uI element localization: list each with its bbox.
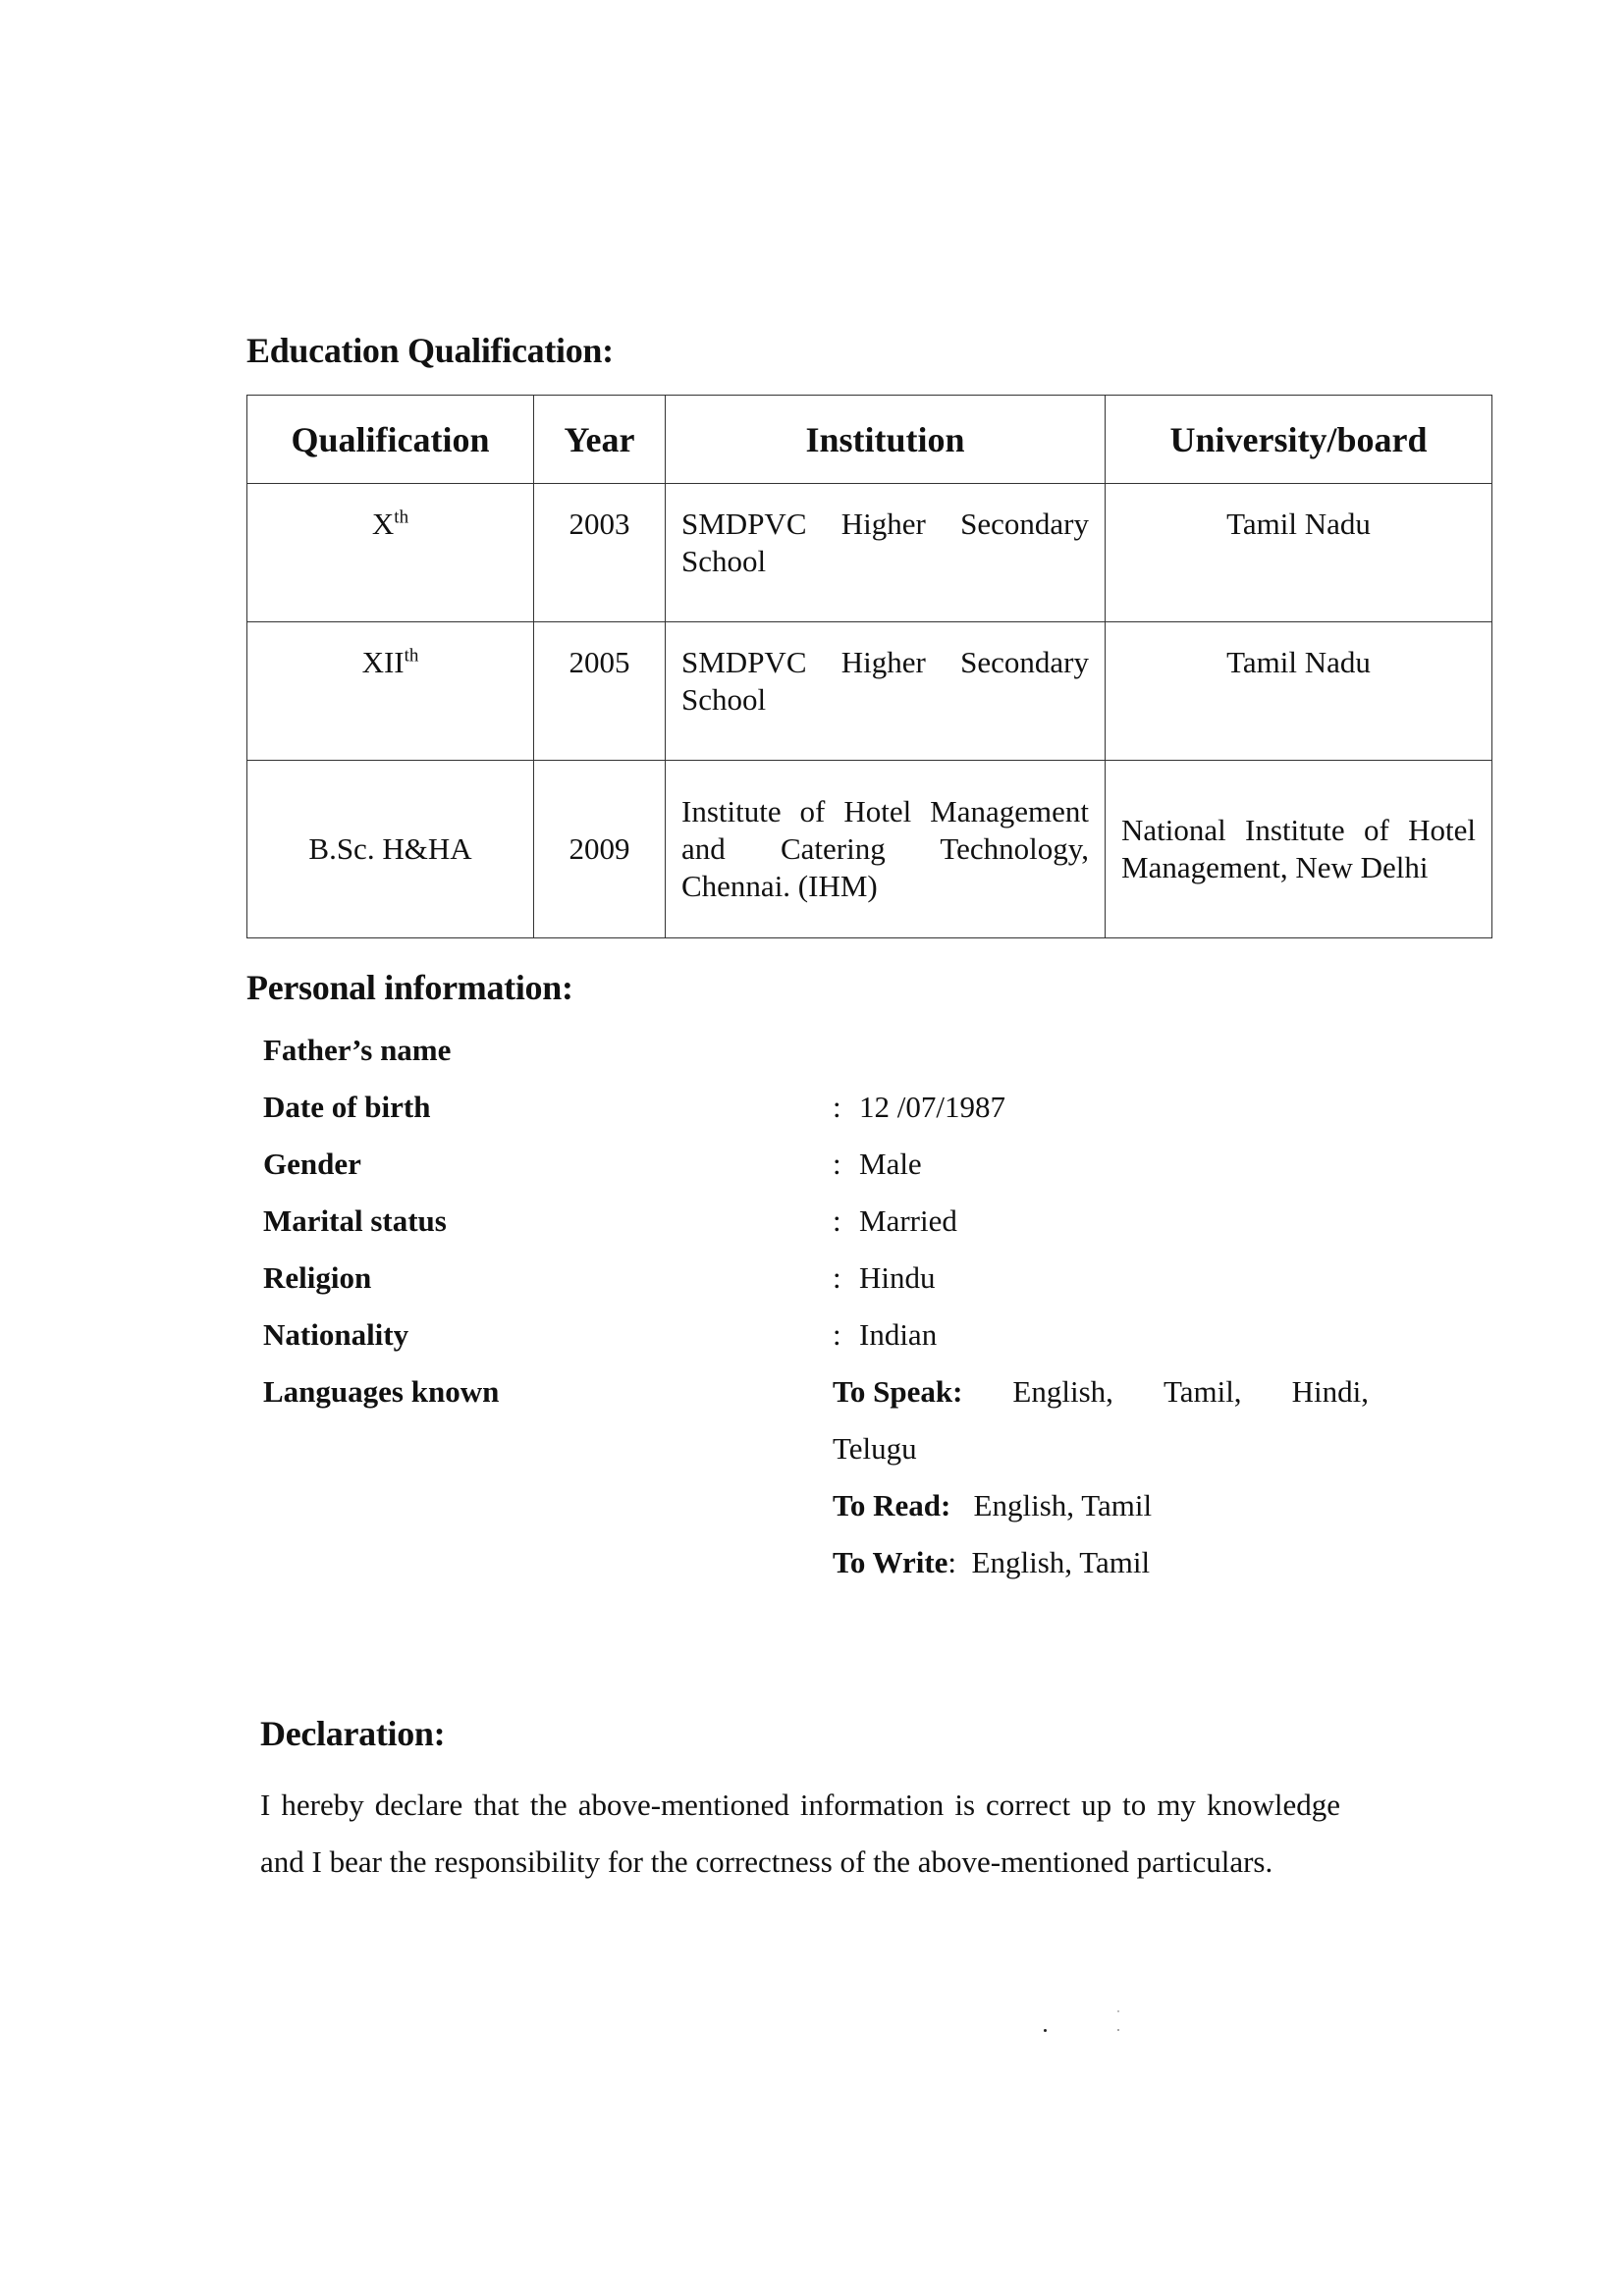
languages-read: To Read: English, Tamil [833,1488,1152,1523]
header-qualification: Qualification [247,396,534,484]
stray-dot [1044,2029,1047,2032]
personal-field-nationality: Nationality : Indian [0,1317,1624,1357]
declaration-text: I hereby declare that the above-mentione… [260,1777,1340,1891]
education-section-title: Education Qualification: [246,330,614,371]
education-table: Qualification Year Institution Universit… [246,395,1492,938]
personal-field-gender: Gender : Male [0,1147,1624,1186]
qualification-cell: B.Sc. H&HA [247,761,534,938]
header-board: University/board [1106,396,1492,484]
header-year: Year [534,396,666,484]
table-header-row: Qualification Year Institution Universit… [247,396,1492,484]
declaration-section-title: Declaration: [260,1713,445,1754]
speak-value: Tamil, [1164,1374,1242,1410]
languages-speak: To Speak: English, Tamil, Hindi, [833,1374,1369,1410]
field-colon: : [833,1317,841,1353]
table-row: Xth 2003 SMDPVC Higher Secondary School … [247,484,1492,622]
year-cell: 2005 [534,622,666,761]
field-value: Male [859,1147,922,1182]
write-label: To Write [833,1545,947,1579]
institution-cell: SMDPVC Higher Secondary School [666,622,1106,761]
field-colon: : [833,1147,841,1182]
year-cell: 2009 [534,761,666,938]
speak-value: English, [1012,1374,1112,1410]
field-label: Date of birth [263,1090,430,1125]
field-label: Nationality [263,1317,408,1353]
header-institution: Institution [666,396,1106,484]
field-colon: : [833,1260,841,1296]
read-label: To Read: [833,1488,950,1522]
qualification-cell: Xth [247,484,534,622]
speak-value: Hindi, [1292,1374,1369,1410]
field-colon: : [833,1090,841,1125]
institution-cell: SMDPVC Higher Secondary School [666,484,1106,622]
institution-cell: Institute of Hotel Management and Cateri… [666,761,1106,938]
field-value: Married [859,1203,957,1239]
qualification-cell: XIIth [247,622,534,761]
field-label: Gender [263,1147,361,1182]
board-cell: Tamil Nadu [1106,622,1492,761]
stray-dot [1117,2029,1119,2031]
personal-section-title: Personal information: [246,967,573,1008]
stray-dot [1117,2010,1119,2012]
personal-field-date-of-birth: Date of birth : 12 /07/1987 [0,1090,1624,1129]
resume-page: Education Qualification: Qualification Y… [0,0,1624,2296]
field-label: Marital status [263,1203,447,1239]
table-row: B.Sc. H&HA 2009 Institute of Hotel Manag… [247,761,1492,938]
field-value: Indian [859,1317,937,1353]
year-cell: 2003 [534,484,666,622]
languages-write: To Write: English, Tamil [833,1545,1150,1580]
write-value: English, Tamil [972,1545,1151,1579]
board-cell: National Institute of Hotel Management, … [1106,761,1492,938]
languages-speak-continued: Telugu [833,1431,917,1467]
personal-field-languages: Languages known [0,1374,1624,1414]
field-label: Religion [263,1260,371,1296]
field-value: 12 /07/1987 [859,1090,1005,1125]
personal-field-fathers-name: Father’s name [0,1033,1624,1072]
field-colon: : [833,1203,841,1239]
personal-field-religion: Religion : Hindu [0,1260,1624,1300]
personal-field-marital-status: Marital status : Married [0,1203,1624,1243]
field-label: Languages known [263,1374,499,1410]
field-label: Father’s name [263,1033,451,1068]
table-row: XIIth 2005 SMDPVC Higher Secondary Schoo… [247,622,1492,761]
field-value: Hindu [859,1260,936,1296]
read-value: English, Tamil [974,1488,1153,1522]
board-cell: Tamil Nadu [1106,484,1492,622]
speak-label: To Speak: [833,1374,962,1410]
